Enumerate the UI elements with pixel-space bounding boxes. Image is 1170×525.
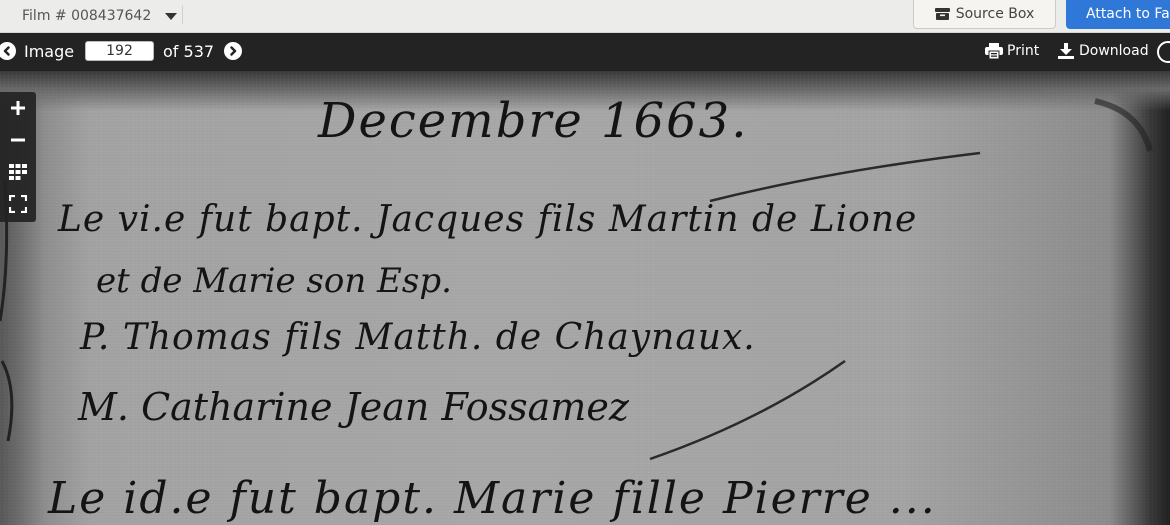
zoom-in-button[interactable]	[4, 94, 32, 122]
grid-view-button[interactable]	[4, 158, 32, 186]
fullscreen-button[interactable]	[4, 190, 32, 218]
plus-icon	[11, 101, 25, 115]
chevron-down-icon	[165, 13, 177, 20]
film-number-label: Film # 008437642	[22, 8, 151, 24]
print-button[interactable]: Print	[985, 43, 1039, 59]
minus-icon	[11, 133, 25, 147]
fullscreen-icon	[9, 195, 27, 213]
divider	[182, 6, 183, 24]
source-box-button[interactable]: Source Box	[913, 0, 1056, 29]
top-bar: Film # 008437642 Source Box Attach to Fa	[0, 0, 1170, 33]
image-number-input[interactable]	[85, 41, 154, 61]
chevron-right-icon	[228, 46, 238, 56]
download-label: Download	[1079, 43, 1149, 59]
download-icon	[1058, 43, 1074, 59]
zoom-controls	[0, 92, 36, 222]
image-total-label: of 537	[163, 42, 214, 61]
chevron-left-icon	[2, 46, 12, 56]
film-number-dropdown[interactable]: Film # 008437642	[22, 5, 177, 27]
print-label: Print	[1007, 43, 1039, 59]
previous-image-button[interactable]	[0, 42, 16, 60]
image-label: Image	[24, 42, 74, 61]
manuscript-page: Decembre 1663. Le vi.e fut bapt. Jacques…	[0, 71, 1170, 525]
more-options-button[interactable]	[1157, 41, 1170, 63]
next-image-button[interactable]	[224, 42, 242, 60]
archive-box-icon	[935, 8, 950, 20]
download-button[interactable]: Download	[1058, 43, 1149, 59]
zoom-out-button[interactable]	[4, 126, 32, 154]
attach-label: Attach to Fa	[1086, 6, 1170, 22]
grid-icon	[9, 164, 27, 180]
ink-flourishes	[0, 71, 1170, 525]
attach-to-family-tree-button[interactable]: Attach to Fa	[1066, 0, 1170, 29]
source-box-label: Source Box	[956, 6, 1035, 22]
image-viewer-toolbar: Image of 537 Print Download	[0, 33, 1170, 71]
record-image-viewport[interactable]: Decembre 1663. Le vi.e fut bapt. Jacques…	[0, 71, 1170, 525]
printer-icon	[985, 43, 1003, 59]
